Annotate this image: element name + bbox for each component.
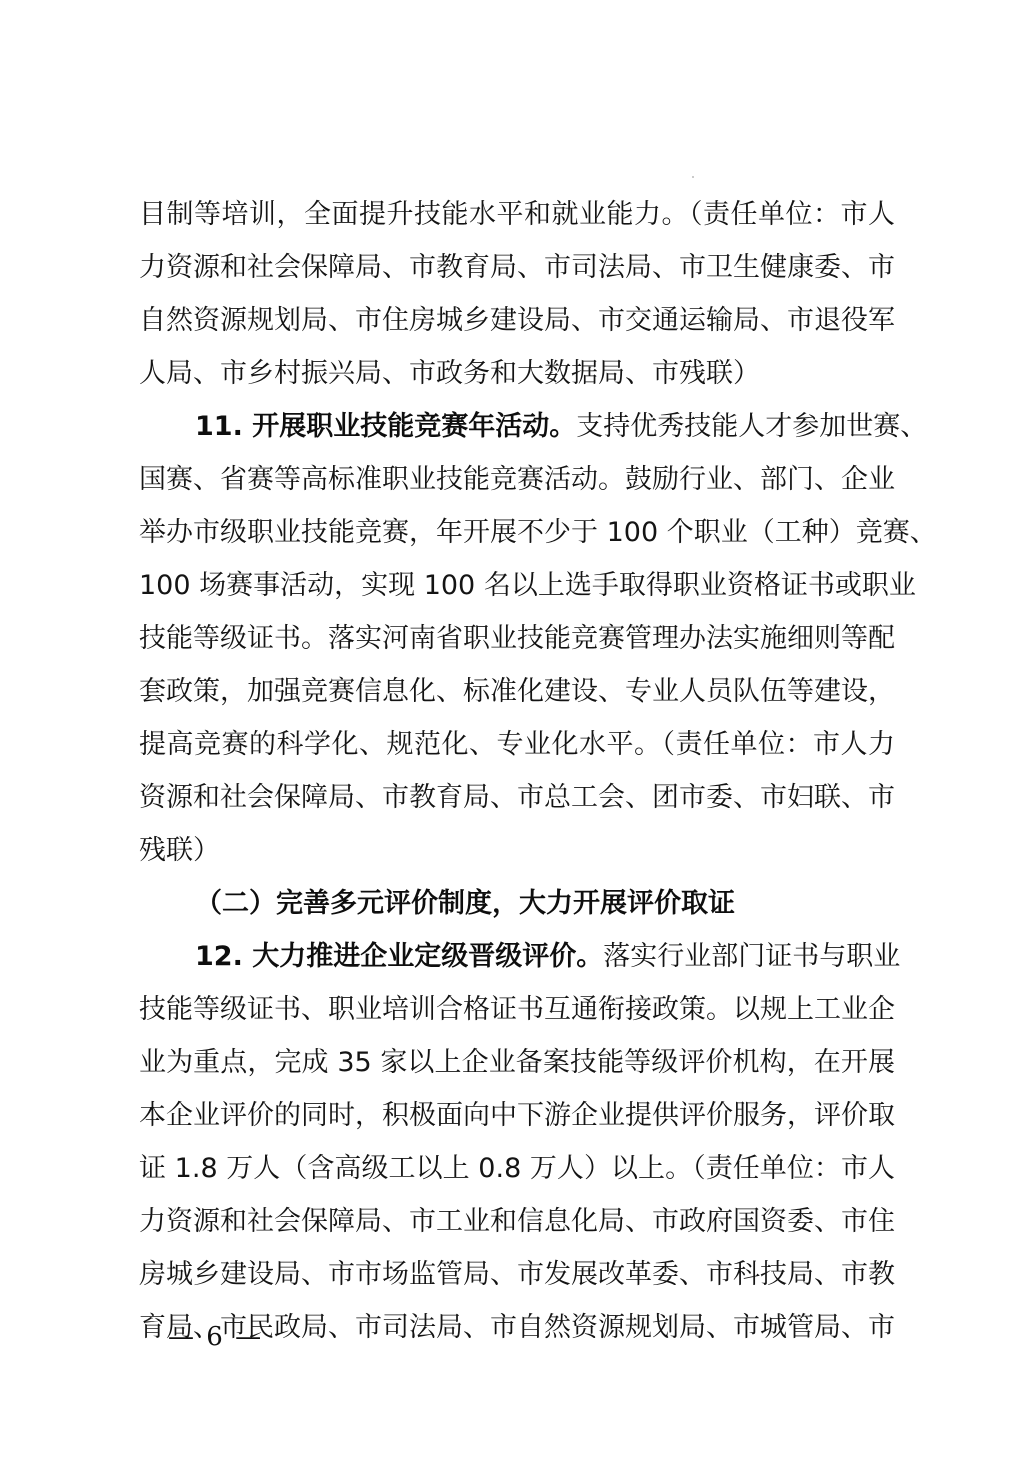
text-line: 国赛、省赛等高标准职业技能竞赛活动。鼓励行业、部门、企业 <box>139 453 895 506</box>
item-12-text: 落实行业部门证书与职业 <box>603 941 900 972</box>
text-line: 技能等级证书。落实河南省职业技能竞赛管理办法实施细则等配 <box>139 612 895 665</box>
text-line: 套政策，加强竞赛信息化、标准化建设、专业人员队伍等建设， <box>139 665 895 718</box>
item-11-title: 11. 开展职业技能竞赛年活动。 <box>195 411 576 442</box>
item-12-title: 12. 大力推进企业定级晋级评价。 <box>195 941 603 972</box>
item-11-first-line: 11. 开展职业技能竞赛年活动。支持优秀技能人才参加世赛、 <box>139 400 895 453</box>
body-text: 目制等培训，全面提升技能水平和就业能力。（责任单位：市人 力资源和社会保障局、市… <box>139 188 895 1354</box>
text-line: 残联） <box>139 824 895 877</box>
scan-speck <box>692 176 694 178</box>
text-line: 人局、市乡村振兴局、市政务和大数据局、市残联） <box>139 347 895 400</box>
text-line: 房城乡建设局、市市场监管局、市发展改革委、市科技局、市教 <box>139 1248 895 1301</box>
item-12-first-line: 12. 大力推进企业定级晋级评价。落实行业部门证书与职业 <box>139 930 895 983</box>
text-line: 业为重点，完成 35 家以上企业备案技能等级评价机构，在开展 <box>139 1036 895 1089</box>
text-line: 100 场赛事活动，实现 100 名以上选手取得职业资格证书或职业 <box>139 559 895 612</box>
text-line: 证 1.8 万人（含高级工以上 0.8 万人）以上。（责任单位：市人 <box>139 1142 895 1195</box>
text-line: 技能等级证书、职业培训合格证书互通衔接政策。以规上工业企 <box>139 983 895 1036</box>
text-line: 举办市级职业技能竞赛，年开展不少于 100 个职业（工种）竞赛、 <box>139 506 895 559</box>
text-line: 提高竞赛的科学化、规范化、专业化水平。（责任单位：市人力 <box>139 718 895 771</box>
text-line: 力资源和社会保障局、市教育局、市司法局、市卫生健康委、市 <box>139 241 895 294</box>
text-line: 本企业评价的同时，积极面向中下游企业提供评价服务，评价取 <box>139 1089 895 1142</box>
text-line: 资源和社会保障局、市教育局、市总工会、团市委、市妇联、市 <box>139 771 895 824</box>
text-line: 自然资源规划局、市住房城乡建设局、市交通运输局、市退役军 <box>139 294 895 347</box>
section-heading: （二）完善多元评价制度，大力开展评价取证 <box>139 877 895 930</box>
page-number: — 6 — <box>168 1322 263 1352</box>
text-line: 目制等培训，全面提升技能水平和就业能力。（责任单位：市人 <box>139 188 895 241</box>
text-line: 力资源和社会保障局、市工业和信息化局、市政府国资委、市住 <box>139 1195 895 1248</box>
item-11-text: 支持优秀技能人才参加世赛、 <box>576 411 927 442</box>
document-page: 目制等培训，全面提升技能水平和就业能力。（责任单位：市人 力资源和社会保障局、市… <box>0 0 1024 1458</box>
